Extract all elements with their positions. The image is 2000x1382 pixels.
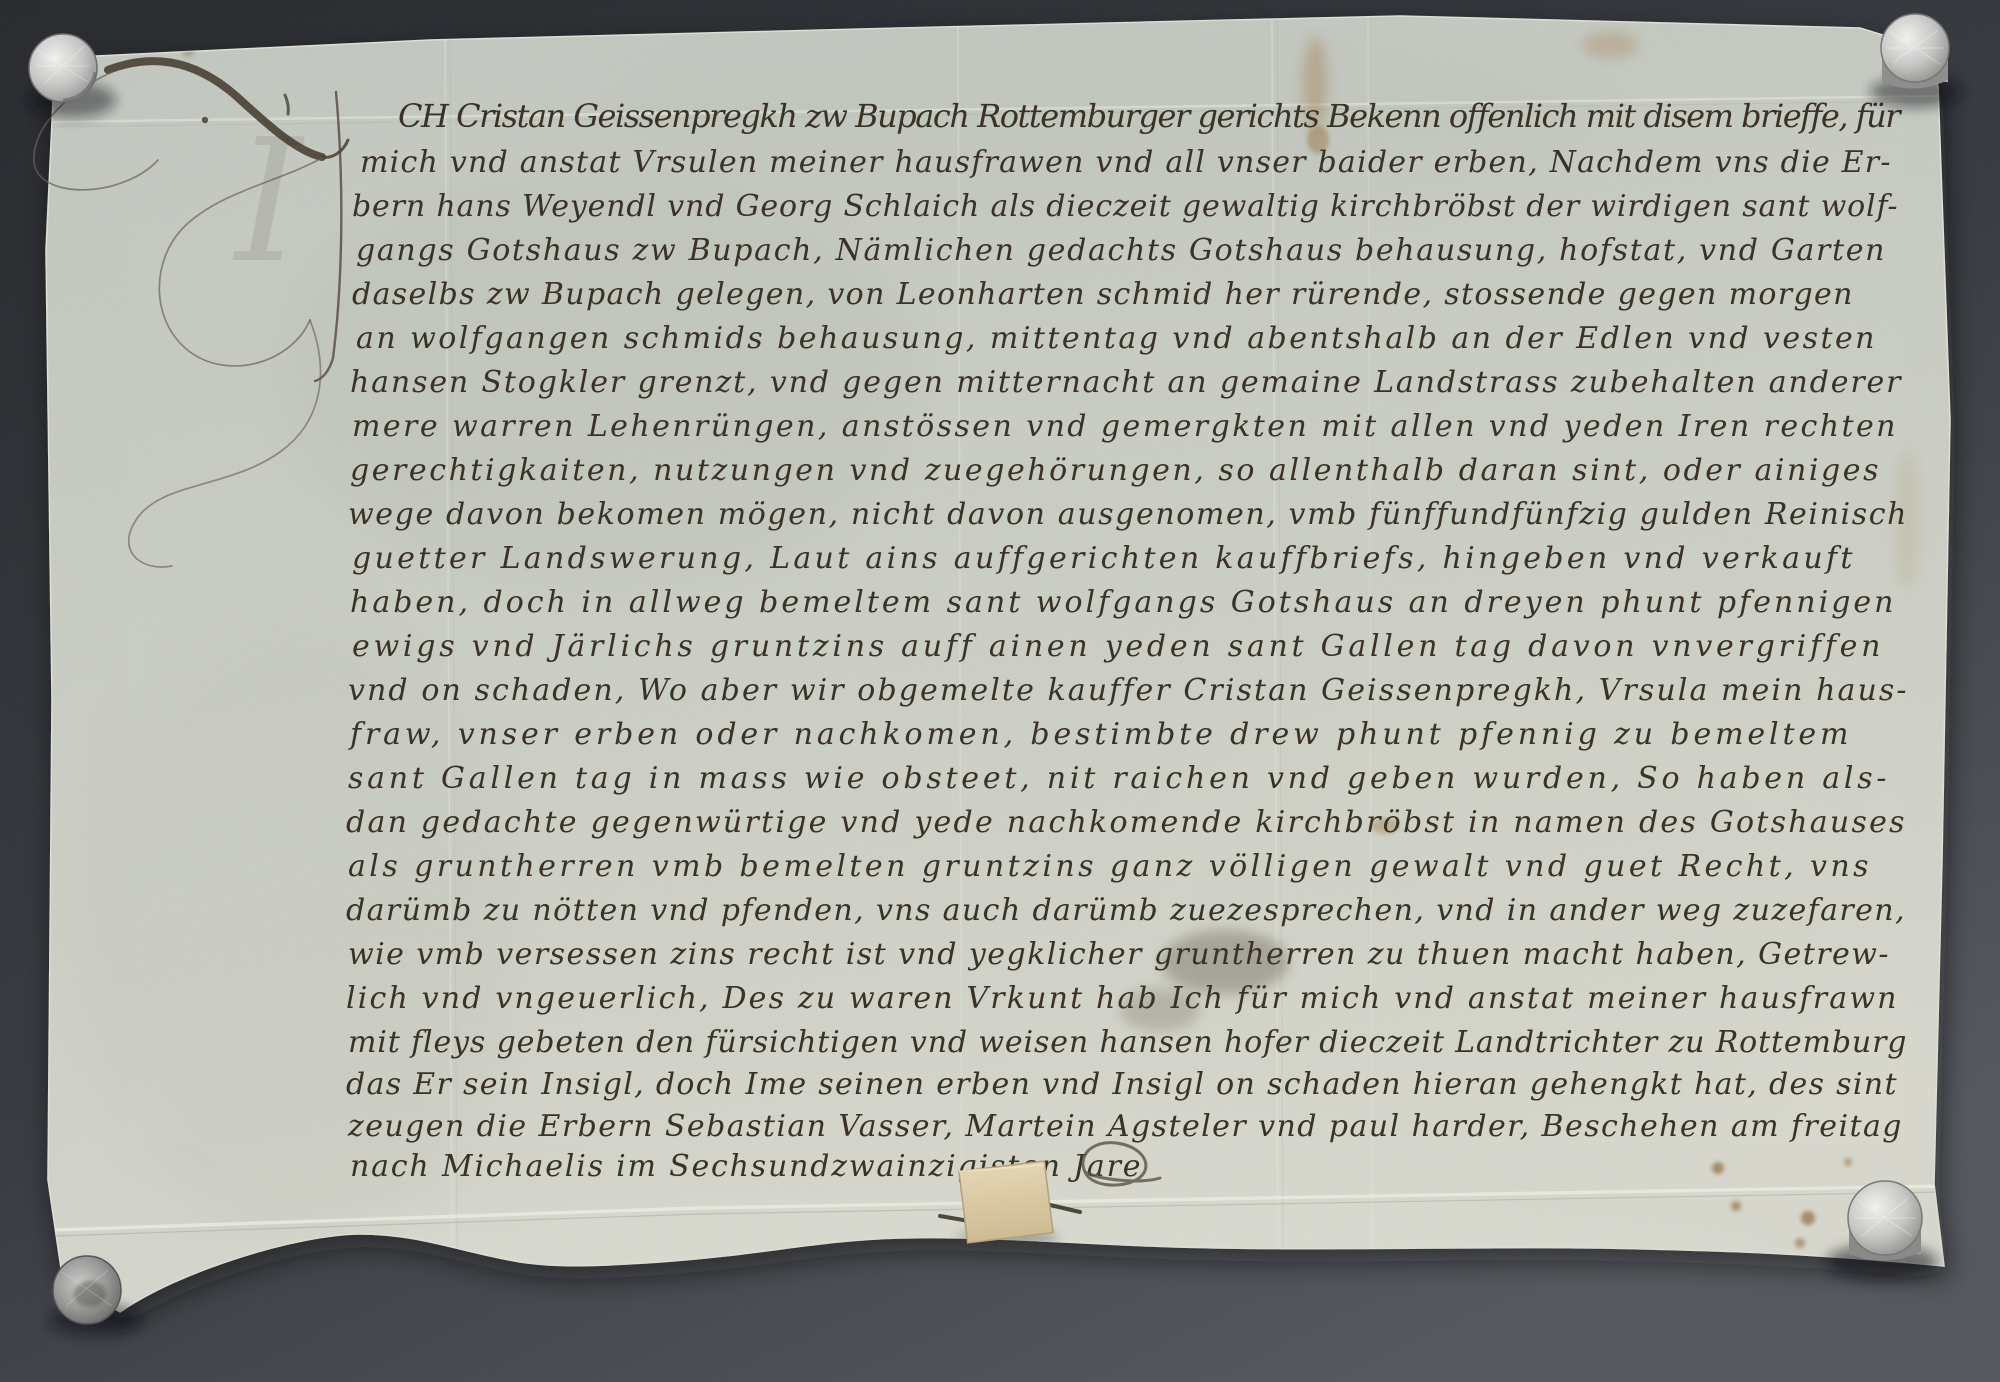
manuscript-line: dan gedachte gegenwürtige vnd yede nachk… [346, 805, 1904, 840]
charter-photo-canvas: I CH Cristan Geissenpregkh zw Bupach Rot… [0, 0, 2000, 1382]
manuscript-line: daselbs zw Bupach gelegen, von Leonharte… [352, 277, 1852, 312]
manuscript-line: mere warren Lehenrüngen, anstössen vnd g… [352, 409, 1895, 444]
manuscript-line: ewigs vnd Järlichs gruntzins auff ainen … [352, 629, 1880, 664]
manuscript-line: CH Cristan Geissenpregkh zw Bupach Rotte… [398, 97, 1902, 135]
manuscript-line: lich vnd vngeuerlich, Des zu waren Vrkun… [346, 981, 1896, 1016]
manuscript-line: an wolfgangen schmids behausung, mittent… [356, 321, 1874, 356]
manuscript-line: zeugen die Erbern Sebastian Vasser, Mart… [347, 1109, 1901, 1144]
manuscript-line: guetter Landswerung, Laut ains auffgeric… [352, 541, 1853, 576]
manuscript-line: wege davon bekomen mögen, nicht davon au… [348, 497, 1906, 532]
manuscript-line: sant Gallen tag in mass wie obsteet, nit… [348, 761, 1886, 796]
manuscript-line: vnd on schaden, Wo aber wir obgemelte ka… [348, 673, 1906, 708]
manuscript-line: wie vmb versessen zins recht ist vnd yeg… [348, 937, 1888, 972]
parchment-sheet: I CH Cristan Geissenpregkh zw Bupach Rot… [34, 16, 1956, 1340]
photograph-of-parchment-charter: I CH Cristan Geissenpregkh zw Bupach Rot… [0, 0, 2000, 1382]
manuscript-line: haben, doch in allweg bemeltem sant wolf… [350, 585, 1893, 620]
manuscript-line: bern hans Weyendl vnd Georg Schlaich als… [352, 189, 1897, 224]
manuscript-line: darümb zu nötten vnd pfenden, vns auch d… [346, 893, 1904, 928]
drop-cap-letter: I [232, 103, 305, 301]
manuscript-line: gangs Gotshaus zw Bupach, Nämlichen geda… [356, 233, 1884, 268]
manuscript-line: mich vnd anstat Vrsulen meiner hausfrawe… [360, 145, 1890, 180]
manuscript-line: das Er sein Insigl, doch Ime seinen erbe… [346, 1067, 1897, 1102]
manuscript-line: mit fleys gebeten den fürsichtigen vnd w… [348, 1025, 1906, 1060]
